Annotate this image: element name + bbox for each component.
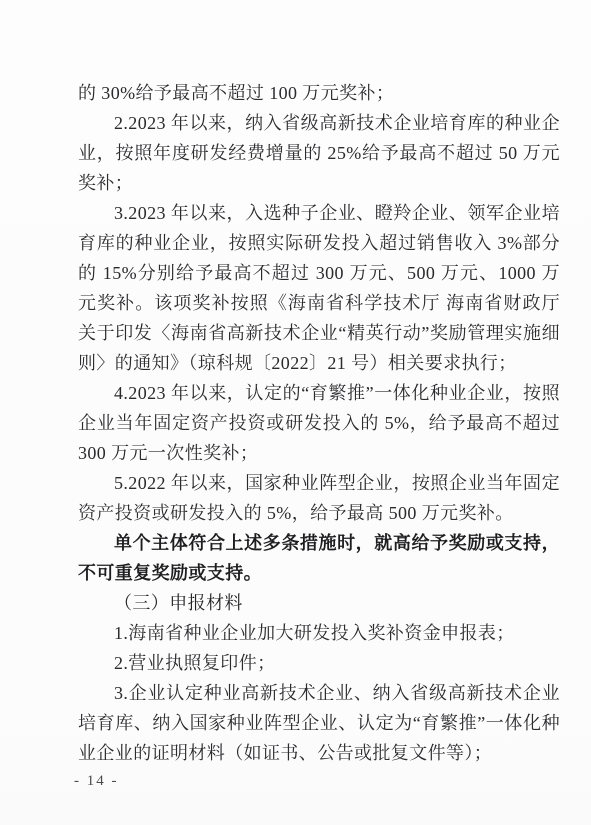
paragraph-6: 单个主体符合上述多条措施时，就高给予奖励或支持，不可重复奖励或支持。: [78, 528, 560, 588]
page-number: - 14 -: [74, 773, 119, 789]
page-footer: - 14 -: [74, 773, 119, 790]
paragraph-8: 1.海南省种业企业加大研发投入奖补资金申报表；: [78, 618, 560, 648]
paragraph-9: 2.营业执照复印件；: [78, 648, 560, 678]
paragraph-4: 4.2023 年以来，认定的“育繁推”一体化种业企业，按照企业当年固定资产投资或…: [78, 378, 560, 468]
paragraph-10: 3.企业认定种业高新技术企业、纳入省级高新技术企业培育库、纳入国家种业阵型企业、…: [78, 678, 560, 768]
paragraph-5: 5.2022 年以来，国家种业阵型企业，按照企业当年固定资产投资或研发投入的 5…: [78, 468, 560, 528]
document-body: 的 30%给予最高不超过 100 万元奖补；2.2023 年以来，纳入省级高新技…: [78, 78, 560, 768]
paragraph-7: （三）申报材料: [78, 588, 560, 618]
paragraph-1: 的 30%给予最高不超过 100 万元奖补；: [78, 78, 560, 108]
document-page: 的 30%给予最高不超过 100 万元奖补；2.2023 年以来，纳入省级高新技…: [0, 0, 591, 825]
paragraph-2: 2.2023 年以来，纳入省级高新技术企业培育库的种业企业，按照年度研发经费增量…: [78, 108, 560, 198]
paragraph-3: 3.2023 年以来，入选种子企业、瞪羚企业、领军企业培育库的种业企业，按照实际…: [78, 198, 560, 378]
